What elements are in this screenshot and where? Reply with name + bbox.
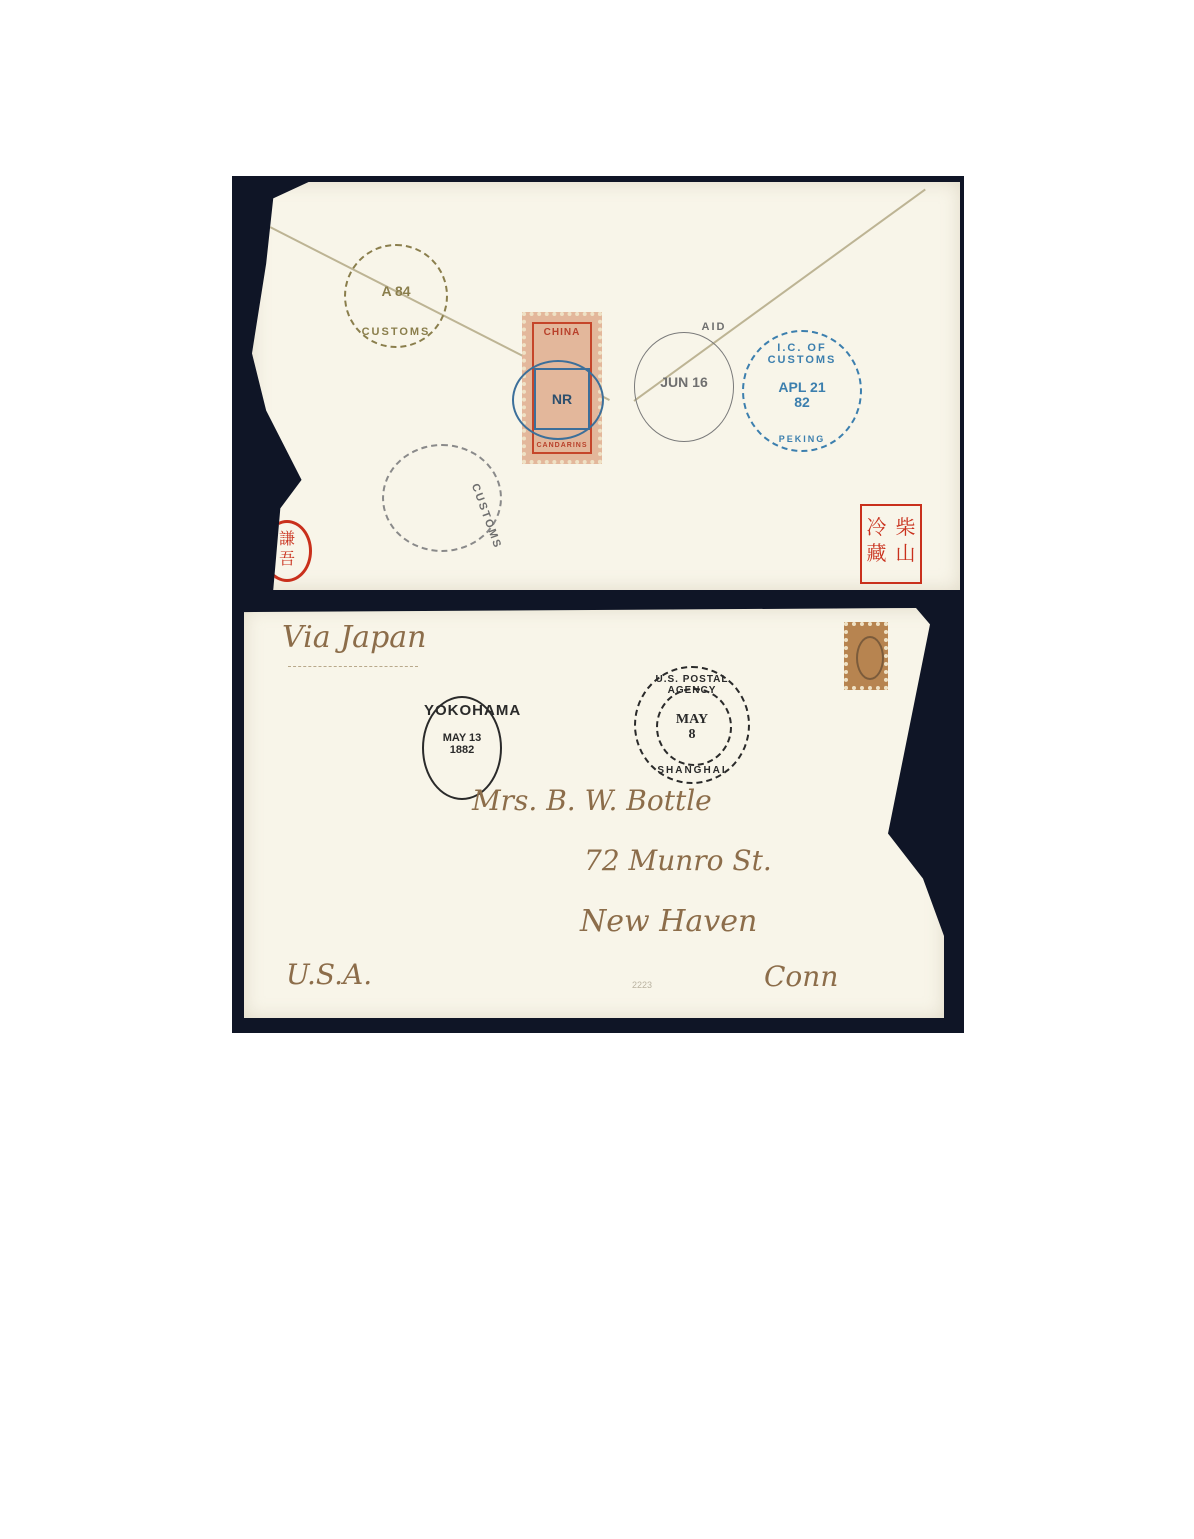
postmark-date: MAY 8 bbox=[672, 712, 712, 742]
shanghai-postmark: U.S. POSTAL AGENCY MAY 8 SHANGHAI bbox=[634, 666, 750, 784]
postmark-ring-text: AID bbox=[695, 321, 733, 333]
seal-char: 冷 bbox=[862, 514, 891, 540]
address-line-city: New Haven bbox=[580, 904, 757, 939]
seal-char: 柴 bbox=[891, 514, 920, 540]
postmark-date: A 84 bbox=[346, 284, 446, 299]
customs-postmark-bottom: CUSTOMS bbox=[382, 444, 502, 552]
seal-char: 藏 bbox=[862, 540, 891, 566]
postmark-date: MAY 13 1882 bbox=[442, 732, 482, 756]
postmark-ring-text: I.C. OF CUSTOMS bbox=[744, 342, 860, 366]
china-large-dragon-stamp: CHINA CANDARINS NR bbox=[522, 312, 602, 464]
japan-stamp bbox=[844, 622, 888, 690]
address-line-street: 72 Munro St. bbox=[584, 844, 772, 877]
pencil-inventory-note: 2223 bbox=[632, 980, 652, 990]
postmark-ring-text: CUSTOMS bbox=[469, 482, 493, 522]
postmark-ring-text: YOKOHAMA bbox=[424, 702, 500, 719]
cover-photograph: CUSTOMS A 84 CHINA CANDARINS NR AID JUN … bbox=[232, 176, 964, 1033]
envelope-back: CUSTOMS A 84 CHINA CANDARINS NR AID JUN … bbox=[252, 182, 960, 590]
stamp-value-label: CANDARINS bbox=[534, 442, 590, 449]
postmark-bottom-text: PEKING bbox=[744, 434, 860, 444]
address-line-name: Mrs. B. W. Bottle bbox=[472, 784, 712, 817]
postmark-date: JUN 16 bbox=[635, 375, 733, 390]
route-note-underline bbox=[288, 666, 418, 667]
seal-char: 山 bbox=[891, 540, 920, 566]
postmark-bottom-text: SHANGHAI bbox=[636, 765, 748, 776]
stamp-country-label: CHINA bbox=[534, 327, 590, 338]
postmark-ring-text: U.S. POSTAL AGENCY bbox=[636, 674, 748, 696]
boxed-cancel: NR bbox=[534, 368, 590, 430]
seal-char: 謙 bbox=[265, 529, 309, 549]
postmark-ring-text: CUSTOMS bbox=[346, 326, 446, 338]
chinese-square-seal: 冷 柴 藏 山 bbox=[860, 504, 922, 584]
chinese-oval-seal: 謙 吾 bbox=[262, 520, 312, 582]
envelope-front: Via Japan YOKOHAMA MAY 13 1882 U.S. POST… bbox=[244, 608, 944, 1018]
stamp-cancel bbox=[856, 636, 884, 680]
route-note-handwriting: Via Japan bbox=[282, 620, 426, 655]
customs-postmark-left: CUSTOMS A 84 bbox=[344, 244, 448, 348]
customs-postmark-blue: I.C. OF CUSTOMS APL 21 82 PEKING bbox=[742, 330, 862, 452]
seal-char: 吾 bbox=[265, 549, 309, 569]
address-line-state: Conn bbox=[764, 960, 838, 993]
address-line-country: U.S.A. bbox=[286, 958, 372, 991]
transit-postmark-center: AID JUN 16 bbox=[634, 332, 734, 442]
postmark-date: APL 21 82 bbox=[772, 380, 832, 410]
